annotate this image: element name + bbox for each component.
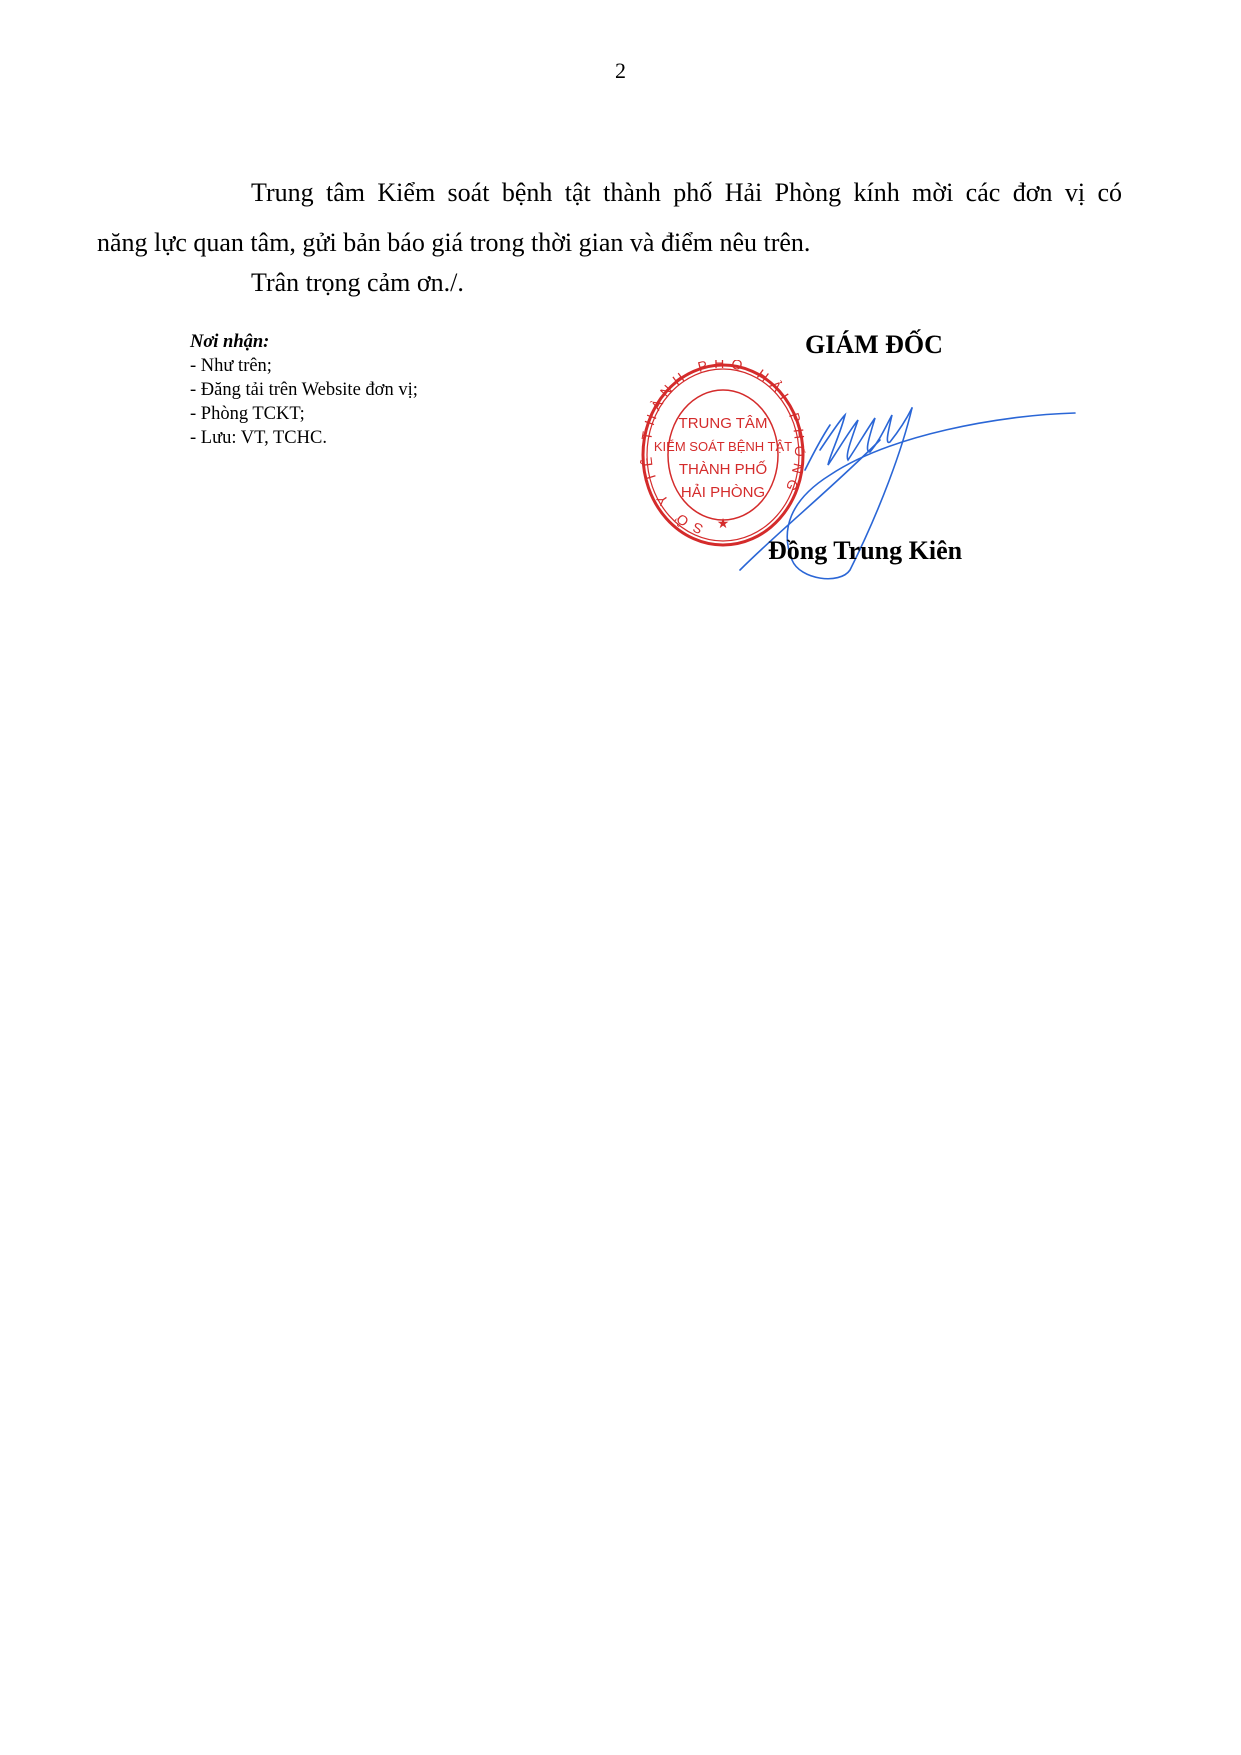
- signer-title: GIÁM ĐỐC: [805, 330, 943, 360]
- recipients-block: Nơi nhận: - Như trên; - Đăng tải trên We…: [190, 330, 418, 450]
- signer-name: Đồng Trung Kiên: [768, 536, 962, 566]
- recipient-item: - Đăng tải trên Website đơn vị;: [190, 378, 418, 402]
- recipient-item: - Phòng TCKT;: [190, 402, 418, 426]
- recipients-title: Nơi nhận:: [190, 330, 418, 354]
- page-number: 2: [0, 58, 1241, 84]
- recipient-item: - Lưu: VT, TCHC.: [190, 426, 418, 450]
- body-paragraph-thanks: Trân trọng cảm ơn./.: [251, 258, 1199, 308]
- recipient-item: - Như trên;: [190, 354, 418, 378]
- body-line-1: Trung tâm Kiểm soát bệnh tật thành phố H…: [174, 168, 1122, 218]
- body-paragraph-invitation: Trung tâm Kiểm soát bệnh tật thành phố H…: [174, 168, 1122, 268]
